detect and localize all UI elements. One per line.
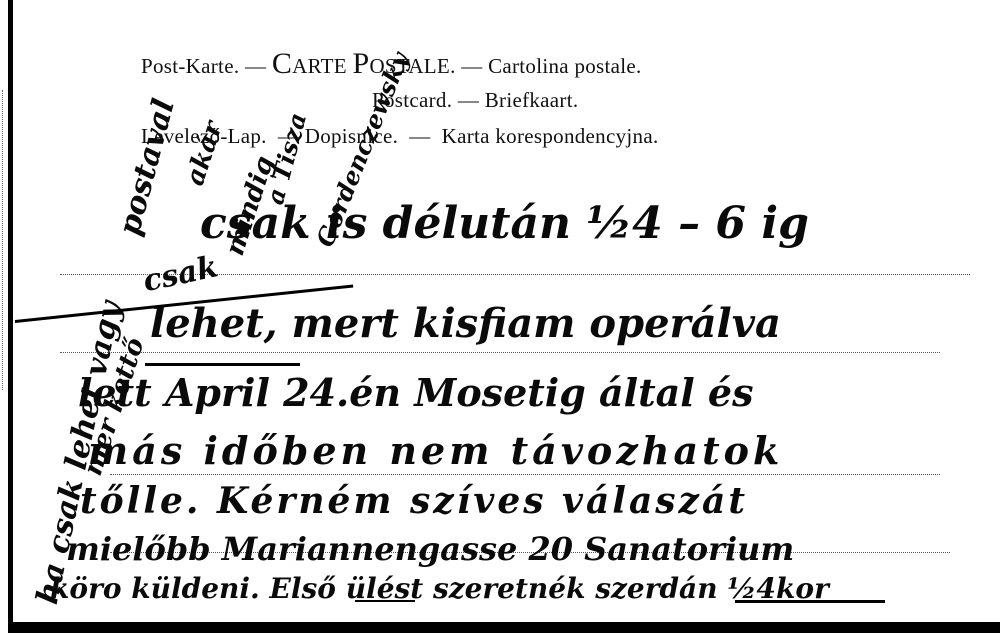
writing-guide-line	[110, 474, 940, 475]
writing-guide-line	[60, 352, 940, 353]
handwriting-line-7: köro küldeni. Első ülést szeretnék szerd…	[50, 572, 829, 605]
header-french: ARTE	[292, 54, 352, 78]
header-dutch: Briefkaart.	[485, 88, 579, 112]
card-bottom-border	[8, 622, 1000, 633]
underline-leket	[145, 363, 300, 366]
handwriting-line-1: csak is délután ½4 – 6 ig	[200, 198, 809, 249]
header-german: Post-Karte.	[141, 54, 239, 78]
header-line-2: Postcard. — Briefkaart.	[372, 88, 578, 113]
handwriting-line-4: más időben nem távozhatok	[88, 428, 783, 473]
handwriting-line-5: tőlle. Kérném szíves válaszát	[80, 480, 748, 522]
card-left-border	[8, 0, 13, 622]
handwriting-line-2: lehet, mert kisfiam operálva	[150, 300, 781, 347]
underline-elso	[355, 600, 415, 602]
underline-szerdan	[735, 600, 885, 603]
postcard: Post-Karte. — CARTE POSTALE. — Cartolina…	[0, 0, 1000, 633]
header-italian: Cartolina postale.	[488, 54, 642, 78]
handwriting-line-6: mielőbb Mariannengasse 20 Sanatorium	[66, 530, 794, 568]
header-polish: Karta korespondencyjna.	[442, 124, 659, 148]
handwriting-vertical: postaval	[112, 95, 182, 239]
handwriting-line-3: lett April 24.én Mosetig által és	[78, 370, 754, 415]
card-edge-dots	[2, 90, 5, 390]
handwriting-vertical: csak	[140, 249, 221, 299]
